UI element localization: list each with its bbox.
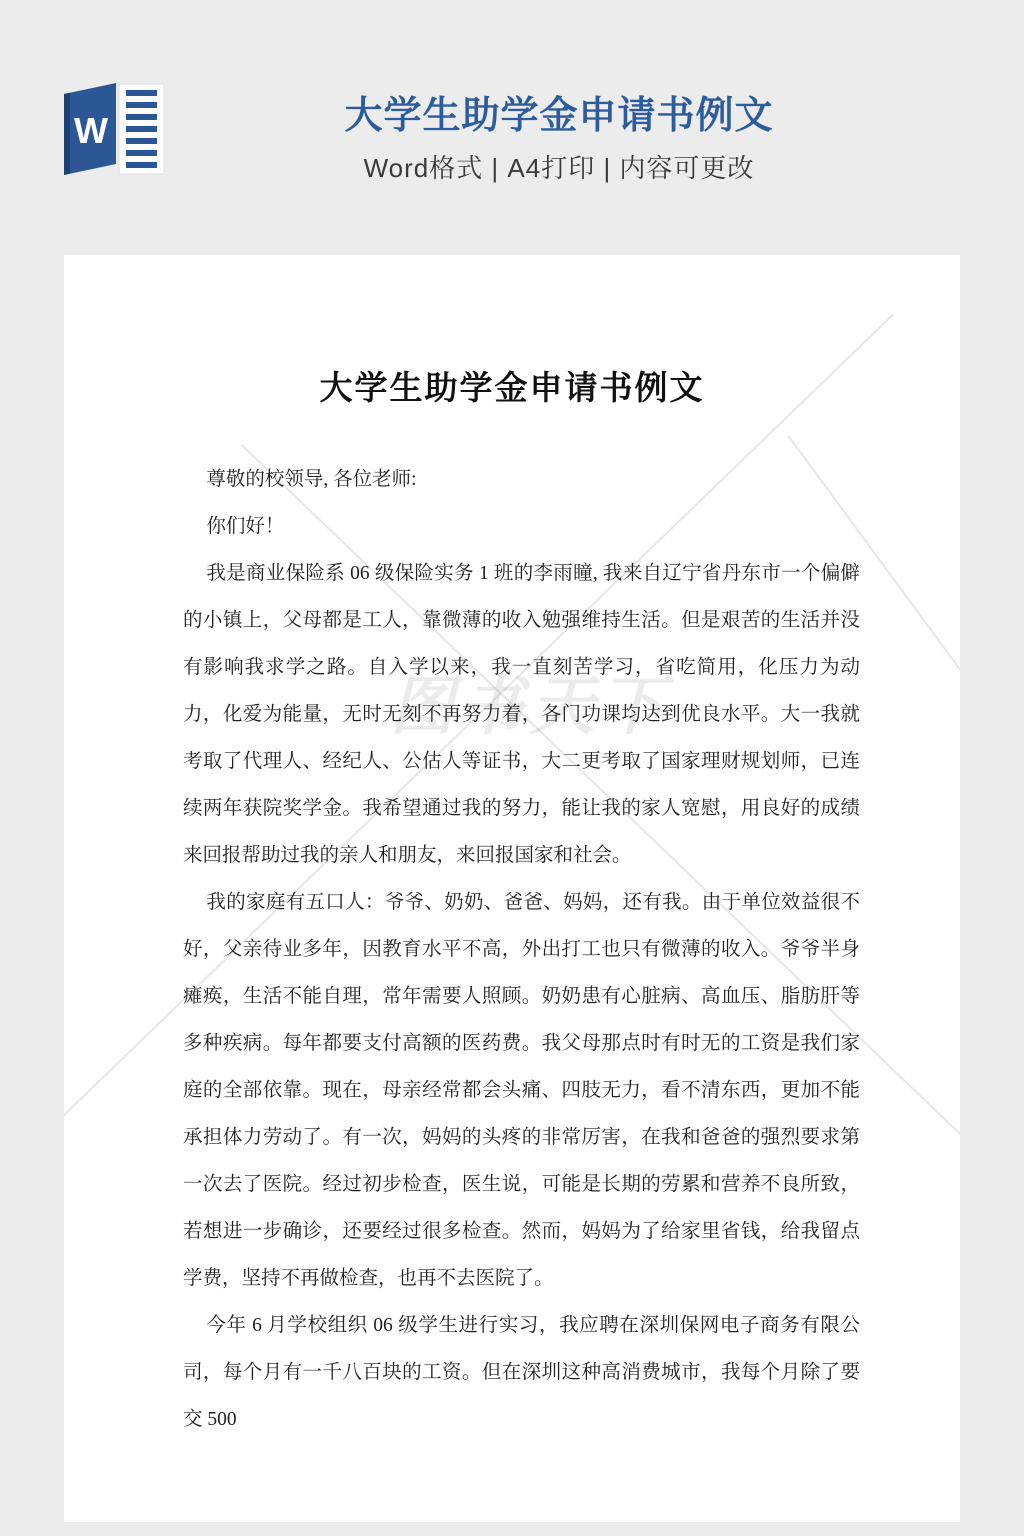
site-header: W 大学生助学金申请书例文 Word格式 | A4打印 | 内容可更改 <box>0 0 1024 255</box>
paragraph-greeting: 你们好！ <box>183 503 860 550</box>
document-title: 大学生助学金申请书例文 <box>64 367 960 411</box>
paragraph-salutation: 尊敬的校领导, 各位老师: <box>183 456 860 503</box>
paragraph-intro: 我是商业保险系 06 级保险实务 1 班的李雨瞳, 我来自辽宁省丹东市一个偏僻的… <box>183 550 860 879</box>
document-body: 尊敬的校领导, 各位老师: 你们好！ 我是商业保险系 06 级保险实务 1 班的… <box>183 456 860 1443</box>
paragraph-internship: 今年 6 月学校组织 06 级学生进行实习，我应聘在深圳保网电子商务有限公司，每… <box>183 1302 860 1443</box>
page-subtitle: Word格式 | A4打印 | 内容可更改 <box>47 151 1024 185</box>
document-page: 图书天下 大学生助学金申请书例文 尊敬的校领导, 各位老师: 你们好！ 我是商业… <box>64 255 960 1522</box>
paragraph-family: 我的家庭有五口人：爷爷、奶奶、爸爸、妈妈，还有我。由于单位效益很不好，父亲待业多… <box>183 879 860 1302</box>
page-title: 大学生助学金申请书例文 <box>47 94 1024 138</box>
